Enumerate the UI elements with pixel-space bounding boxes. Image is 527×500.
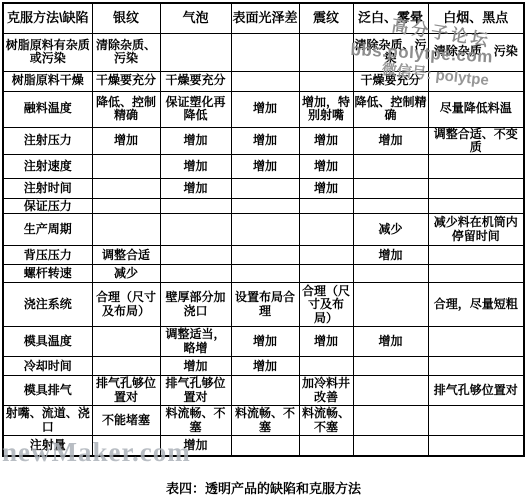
table-row: 冷却时间增加增加 bbox=[3, 357, 524, 376]
table-cell: 干燥要充分 bbox=[160, 71, 231, 91]
table-cell bbox=[353, 406, 428, 436]
table-cell bbox=[231, 214, 299, 246]
table-cell bbox=[353, 436, 428, 456]
header-poor-gloss: 表面光泽差 bbox=[231, 3, 299, 33]
table-cell bbox=[299, 214, 353, 246]
table-cell bbox=[299, 357, 353, 376]
table-cell: 排气孔够位置对 bbox=[428, 376, 524, 406]
header-whitening-haze: 泛白、雾晕 bbox=[353, 3, 428, 33]
table-cell: 增加 bbox=[353, 127, 428, 155]
row-label: 模具温度 bbox=[3, 327, 92, 357]
header-methods-defects: 克服方法\缺陷 bbox=[3, 3, 92, 33]
row-label: 注射量 bbox=[3, 436, 92, 456]
table-cell bbox=[299, 199, 353, 214]
table-row: 生产周期减少减少料在机筒内停留时间 bbox=[3, 214, 524, 246]
table-cell: 不能堵塞 bbox=[92, 406, 160, 436]
table-row: 注射时间增加增加 bbox=[3, 179, 524, 199]
table-cell: 增加 bbox=[160, 127, 231, 155]
table-cell: 增加 bbox=[299, 327, 353, 357]
table-cell bbox=[299, 246, 353, 265]
table-header-row: 克服方法\缺陷 银纹 气泡 表面光泽差 震纹 泛白、雾晕 白烟、黑点 bbox=[3, 3, 524, 33]
table-cell bbox=[231, 265, 299, 283]
table-cell: 料流畅、不塞 bbox=[231, 406, 299, 436]
table-cell bbox=[231, 246, 299, 265]
table-cell bbox=[353, 199, 428, 214]
defect-solutions-table: 克服方法\缺陷 银纹 气泡 表面光泽差 震纹 泛白、雾晕 白烟、黑点 树脂原料有… bbox=[2, 2, 525, 457]
table-cell: 壁厚部分加浇口 bbox=[160, 283, 231, 327]
table-row: 射嘴、流道、浇口不能堵塞料流畅、不塞料流畅、不塞料流畅、不塞 bbox=[3, 406, 524, 436]
table-row: 树脂原料干燥干燥要充分干燥要充分干燥要充分 bbox=[3, 71, 524, 91]
row-label: 浇注系统 bbox=[3, 283, 92, 327]
table-row: 注射压力增加增加增加增加增加调整合适、不变质 bbox=[3, 127, 524, 155]
table-row: 注射速度增加增加增加 bbox=[3, 155, 524, 179]
table-cell bbox=[353, 376, 428, 406]
header-bubbles: 气泡 bbox=[160, 3, 231, 33]
table-cell bbox=[92, 436, 160, 456]
table-cell: 尽量降低料温 bbox=[428, 91, 524, 127]
table-cell bbox=[160, 246, 231, 265]
row-label: 保证压力 bbox=[3, 199, 92, 214]
table-cell bbox=[428, 357, 524, 376]
table-row: 模具排气排气孔够位置对排气孔够位置对加冷料井改善排气孔够位置对 bbox=[3, 376, 524, 406]
row-label: 树脂原料有杂质或污染 bbox=[3, 33, 92, 71]
table-cell: 合理（尺寸及布局） bbox=[299, 283, 353, 327]
table-row: 模具温度调整适当，略增增加增加增加 bbox=[3, 327, 524, 357]
table-cell: 料流畅、不塞 bbox=[299, 406, 353, 436]
table-cell: 增加 bbox=[353, 327, 428, 357]
table-caption: 表四：透明产品的缺陷和克服方法 bbox=[0, 478, 527, 497]
table-cell bbox=[353, 357, 428, 376]
table-cell: 增加 bbox=[231, 155, 299, 179]
table-cell bbox=[353, 155, 428, 179]
row-label: 树脂原料干燥 bbox=[3, 71, 92, 91]
table-cell: 料流畅、不塞 bbox=[160, 406, 231, 436]
row-label: 注射压力 bbox=[3, 127, 92, 155]
table-cell bbox=[299, 71, 353, 91]
table-body: 树脂原料有杂质或污染清除杂质、污染清除杂质、污染清除杂质、污染树脂原料干燥干燥要… bbox=[3, 33, 524, 456]
row-label: 背压压力 bbox=[3, 246, 92, 265]
header-ripple-marks: 震纹 bbox=[299, 3, 353, 33]
table-cell: 增加 bbox=[160, 155, 231, 179]
table-cell bbox=[428, 327, 524, 357]
table-cell bbox=[299, 436, 353, 456]
table-cell bbox=[231, 33, 299, 71]
table-cell: 清除杂质、污染 bbox=[92, 33, 160, 71]
table-cell bbox=[428, 436, 524, 456]
table-cell bbox=[428, 406, 524, 436]
table-row: 背压压力调整合适增加 bbox=[3, 246, 524, 265]
table-cell: 增加 bbox=[92, 127, 160, 155]
table-cell bbox=[160, 199, 231, 214]
row-label: 注射速度 bbox=[3, 155, 92, 179]
table-cell bbox=[92, 179, 160, 199]
table-cell bbox=[92, 214, 160, 246]
table-cell: 调整合适、不变质 bbox=[428, 127, 524, 155]
table-cell: 干燥要充分 bbox=[92, 71, 160, 91]
table-cell: 合理，尽量短粗 bbox=[428, 283, 524, 327]
table-cell bbox=[428, 246, 524, 265]
table-cell bbox=[299, 33, 353, 71]
table-cell: 排气孔够位置对 bbox=[92, 376, 160, 406]
table-cell bbox=[231, 376, 299, 406]
table-cell: 增加 bbox=[299, 127, 353, 155]
row-label: 螺杆转速 bbox=[3, 265, 92, 283]
table-cell bbox=[299, 265, 353, 283]
row-label: 模具排气 bbox=[3, 376, 92, 406]
table-cell bbox=[231, 199, 299, 214]
table-cell: 调整合适 bbox=[92, 246, 160, 265]
row-label: 冷却时间 bbox=[3, 357, 92, 376]
row-label: 射嘴、流道、浇口 bbox=[3, 406, 92, 436]
table-cell: 降低、控制精确 bbox=[92, 91, 160, 127]
table-cell: 保证塑化再降低 bbox=[160, 91, 231, 127]
table-cell: 干燥要充分 bbox=[353, 71, 428, 91]
table-cell: 加冷料井改善 bbox=[299, 376, 353, 406]
page: 克服方法\缺陷 银纹 气泡 表面光泽差 震纹 泛白、雾晕 白烟、黑点 树脂原料有… bbox=[0, 0, 527, 500]
table-cell: 增加 bbox=[299, 155, 353, 179]
table-cell: 增加 bbox=[231, 327, 299, 357]
table-row: 保证压力 bbox=[3, 199, 524, 214]
row-label: 注射时间 bbox=[3, 179, 92, 199]
table-cell bbox=[428, 199, 524, 214]
table-cell bbox=[160, 33, 231, 71]
table-cell: 增加，特别射嘴 bbox=[299, 91, 353, 127]
table-cell bbox=[353, 283, 428, 327]
row-label: 生产周期 bbox=[3, 214, 92, 246]
table-cell: 合理（尺寸及布局） bbox=[92, 283, 160, 327]
table-cell: 增加 bbox=[231, 127, 299, 155]
table-cell bbox=[92, 357, 160, 376]
table-cell bbox=[353, 265, 428, 283]
table-cell bbox=[92, 155, 160, 179]
table-cell: 增加 bbox=[160, 357, 231, 376]
table-row: 树脂原料有杂质或污染清除杂质、污染清除杂质、污染清除杂质、污染 bbox=[3, 33, 524, 71]
table-cell bbox=[428, 155, 524, 179]
table-cell: 增加 bbox=[231, 91, 299, 127]
table-cell: 增加 bbox=[160, 436, 231, 456]
table-cell: 减少 bbox=[353, 214, 428, 246]
table-cell bbox=[231, 71, 299, 91]
table-cell bbox=[92, 199, 160, 214]
table-cell bbox=[231, 179, 299, 199]
table-cell bbox=[353, 179, 428, 199]
table-cell bbox=[160, 214, 231, 246]
table-cell: 增加 bbox=[299, 179, 353, 199]
table-cell bbox=[428, 71, 524, 91]
table-cell: 增加 bbox=[160, 179, 231, 199]
table-cell: 增加 bbox=[231, 357, 299, 376]
table-cell bbox=[231, 436, 299, 456]
table-row: 注射量增加 bbox=[3, 436, 524, 456]
table-cell: 排气孔够位置对 bbox=[160, 376, 231, 406]
table-row: 浇注系统合理（尺寸及布局）壁厚部分加浇口设置布局合理合理（尺寸及布局）合理，尽量… bbox=[3, 283, 524, 327]
table-cell: 减少料在机筒内停留时间 bbox=[428, 214, 524, 246]
table-cell: 清除杂质、污染 bbox=[353, 33, 428, 71]
table-row: 螺杆转速减少 bbox=[3, 265, 524, 283]
table-cell bbox=[160, 265, 231, 283]
table-cell bbox=[428, 265, 524, 283]
table-cell: 设置布局合理 bbox=[231, 283, 299, 327]
table-cell: 减少 bbox=[92, 265, 160, 283]
header-smoke-blackspots: 白烟、黑点 bbox=[428, 3, 524, 33]
header-silver-streaks: 银纹 bbox=[92, 3, 160, 33]
row-label: 融料温度 bbox=[3, 91, 92, 127]
table-cell: 降低、控制精确 bbox=[353, 91, 428, 127]
table-cell: 增加 bbox=[353, 246, 428, 265]
table-cell: 调整适当，略增 bbox=[160, 327, 231, 357]
table-cell: 清除杂质、污染 bbox=[428, 33, 524, 71]
table-cell bbox=[92, 327, 160, 357]
table-cell bbox=[428, 179, 524, 199]
table-row: 融料温度降低、控制精确保证塑化再降低增加增加，特别射嘴降低、控制精确尽量降低料温 bbox=[3, 91, 524, 127]
